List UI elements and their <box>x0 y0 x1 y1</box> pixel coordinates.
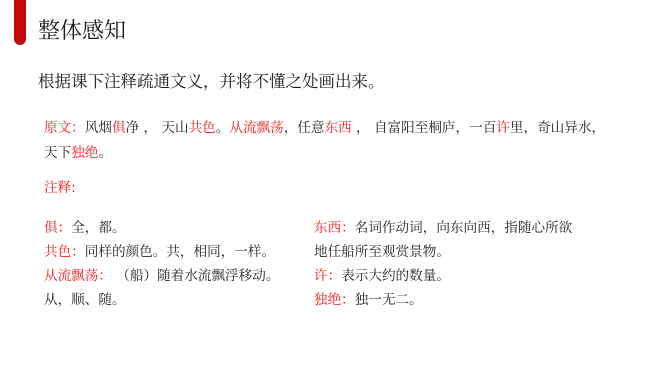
note-term: 共色： <box>44 244 85 260</box>
original-segment-highlight: 独绝 <box>71 145 98 161</box>
note-term: 许： <box>314 268 341 284</box>
original-segment-highlight: 俱 <box>112 120 126 136</box>
note-definition: 名词作动词，向东向西，指随心所欲 <box>355 220 573 236</box>
note-item: 共色：同样的颜色。共，相同，一样。 <box>44 240 294 264</box>
note-item: 东西：名词作动词，向东向西，指随心所欲 <box>314 216 604 240</box>
note-definition: 从，顺、随。 <box>44 292 126 308</box>
note-term: 俱： <box>44 220 71 236</box>
original-segment-highlight: 共色 <box>189 120 216 136</box>
note-item: 从流飘荡： （船）随着水流飘浮移动。 <box>44 264 294 288</box>
note-term: 从流飘荡： <box>44 268 112 284</box>
note-definition: （船）随着水流飘浮移动。 <box>112 268 279 284</box>
original-segment: 净 ， 天山 <box>126 120 189 136</box>
note-item: 许：表示大约的数量。 <box>314 264 604 288</box>
notes-right-column: 东西：名词作动词，向东向西，指随心所欲 地任船所至观赏景物。 许：表示大约的数量… <box>314 216 604 312</box>
title-accent-bar <box>14 0 26 45</box>
note-item-continuation: 地任船所至观赏景物。 <box>314 240 604 264</box>
note-definition: 全，都。 <box>71 220 125 236</box>
note-definition: 地任船所至观赏景物。 <box>314 244 450 260</box>
original-segment-highlight: 许 <box>496 120 510 136</box>
original-segment: 风烟 <box>85 120 112 136</box>
original-text-block: 原文：风烟俱净 ， 天山共色。从流飘荡，任意东西 ， 自富阳至桐庐，一百许里，奇… <box>44 116 624 166</box>
instruction-text: 根据课下注释疏通文义，并将不懂之处画出来。 <box>38 70 385 94</box>
note-definition: 独一无二。 <box>355 292 423 308</box>
original-segment-highlight: 东西 <box>325 120 352 136</box>
note-definition: 表示大约的数量。 <box>341 268 450 284</box>
original-segment: 。 <box>98 145 112 161</box>
original-segment: 。 <box>216 120 230 136</box>
note-item: 俱：全，都。 <box>44 216 294 240</box>
original-segment: 里，奇山异水， <box>510 120 605 136</box>
note-term: 东西： <box>314 220 355 236</box>
original-label: 原文： <box>44 120 85 136</box>
original-segment: 天下 <box>44 145 71 161</box>
note-item: 独绝：独一无二。 <box>314 288 604 312</box>
notes-left-column: 俱：全，都。 共色：同样的颜色。共，相同，一样。 从流飘荡： （船）随着水流飘浮… <box>44 216 294 312</box>
original-segment: ，任意 <box>284 120 325 136</box>
note-term: 独绝： <box>314 292 355 308</box>
slide-title: 整体感知 <box>38 17 126 47</box>
original-segment: ， 自富阳至桐庐，一百 <box>352 120 497 136</box>
note-definition: 同样的颜色。共，相同，一样。 <box>85 244 275 260</box>
notes-label: 注释: <box>44 176 76 200</box>
note-item-continuation: 从，顺、随。 <box>44 288 294 312</box>
original-segment-highlight: 从流飘荡 <box>229 120 283 136</box>
